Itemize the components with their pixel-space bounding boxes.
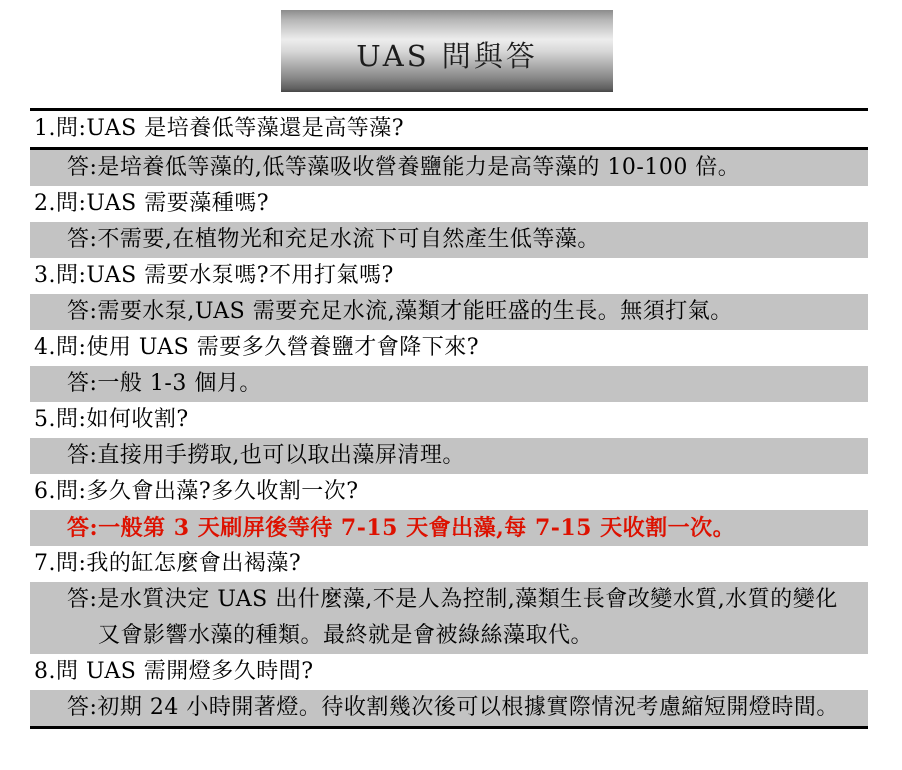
page-title: UAS 問與答 [356,34,538,75]
question-row-7: 7.問:我的缸怎麼會出褐藻? [30,546,868,582]
question-text: 1.問:UAS 是培養低等藻還是高等藻? [34,116,404,141]
document-page: UAS 問與答 1.問:UAS 是培養低等藻還是高等藻? 答:是培養低等藻的,低… [0,0,902,770]
answer-row-5: 答:直接用手撈取,也可以取出藻屏清理。 [30,438,868,474]
answer-text: 答:直接用手撈取,也可以取出藻屏清理。 [67,443,465,468]
question-row-2: 2.問:UAS 需要藻種嗎? [30,186,868,222]
question-row-6: 6.問:多久會出藻?多久收割一次? [30,474,868,510]
answer-text: 答:一般 1-3 個月。 [67,371,262,396]
answer-text: 答:不需要,在植物光和充足水流下可自然產生低等藻。 [67,227,600,252]
answer-text: 答:是培養低等藻的,低等藻吸收營養鹽能力是高等藻的 10-100 倍。 [67,155,740,180]
question-row-3: 3.問:UAS 需要水泵嗎?不用打氣嗎? [30,258,868,294]
question-text: 5.問:如何收割? [34,407,189,432]
answer-row-4: 答:一般 1-3 個月。 [30,366,868,402]
answer-row-8: 答:初期 24 小時開著燈。待收割幾次後可以根據實際情況考慮縮短開燈時間。 [30,690,868,726]
question-text: 2.問:UAS 需要藻種嗎? [34,191,269,216]
answer-text: 答:初期 24 小時開著燈。待收割幾次後可以根據實際情況考慮縮短開燈時間。 [67,695,839,720]
question-text: 6.問:多久會出藻?多久收割一次? [34,479,359,504]
question-text: 4.問:使用 UAS 需要多久營養鹽才會降下來? [34,335,479,360]
answer-text: 答:一般第 3 天刷屏後等待 7-15 天會出藻,每 7-15 天收割一次。 [67,515,735,541]
answer-text: 答:是水質決定 UAS 出什麼藻,不是人為控制,藻類生長會改變水質,水質的變化又… [67,587,838,648]
question-row-1: 1.問:UAS 是培養低等藻還是高等藻? [30,111,868,150]
answer-row-3: 答:需要水泵,UAS 需要充足水流,藻類才能旺盛的生長。無須打氣。 [30,294,868,330]
answer-row-7: 答:是水質決定 UAS 出什麼藻,不是人為控制,藻類生長會改變水質,水質的變化又… [30,582,868,654]
title-banner: UAS 問與答 [281,10,613,92]
answer-row-6-highlighted: 答:一般第 3 天刷屏後等待 7-15 天會出藻,每 7-15 天收割一次。 [30,510,868,546]
question-row-5: 5.問:如何收割? [30,402,868,438]
question-text: 3.問:UAS 需要水泵嗎?不用打氣嗎? [34,263,394,288]
answer-row-1: 答:是培養低等藻的,低等藻吸收營養鹽能力是高等藻的 10-100 倍。 [30,150,868,186]
qa-table: 1.問:UAS 是培養低等藻還是高等藻? 答:是培養低等藻的,低等藻吸收營養鹽能… [30,108,868,729]
question-text: 7.問:我的缸怎麼會出褐藻? [34,551,301,576]
question-row-4: 4.問:使用 UAS 需要多久營養鹽才會降下來? [30,330,868,366]
question-row-8: 8.問 UAS 需開燈多久時間? [30,654,868,690]
answer-text: 答:需要水泵,UAS 需要充足水流,藻類才能旺盛的生長。無須打氣。 [67,299,733,324]
question-text: 8.問 UAS 需開燈多久時間? [34,659,314,684]
answer-row-2: 答:不需要,在植物光和充足水流下可自然產生低等藻。 [30,222,868,258]
